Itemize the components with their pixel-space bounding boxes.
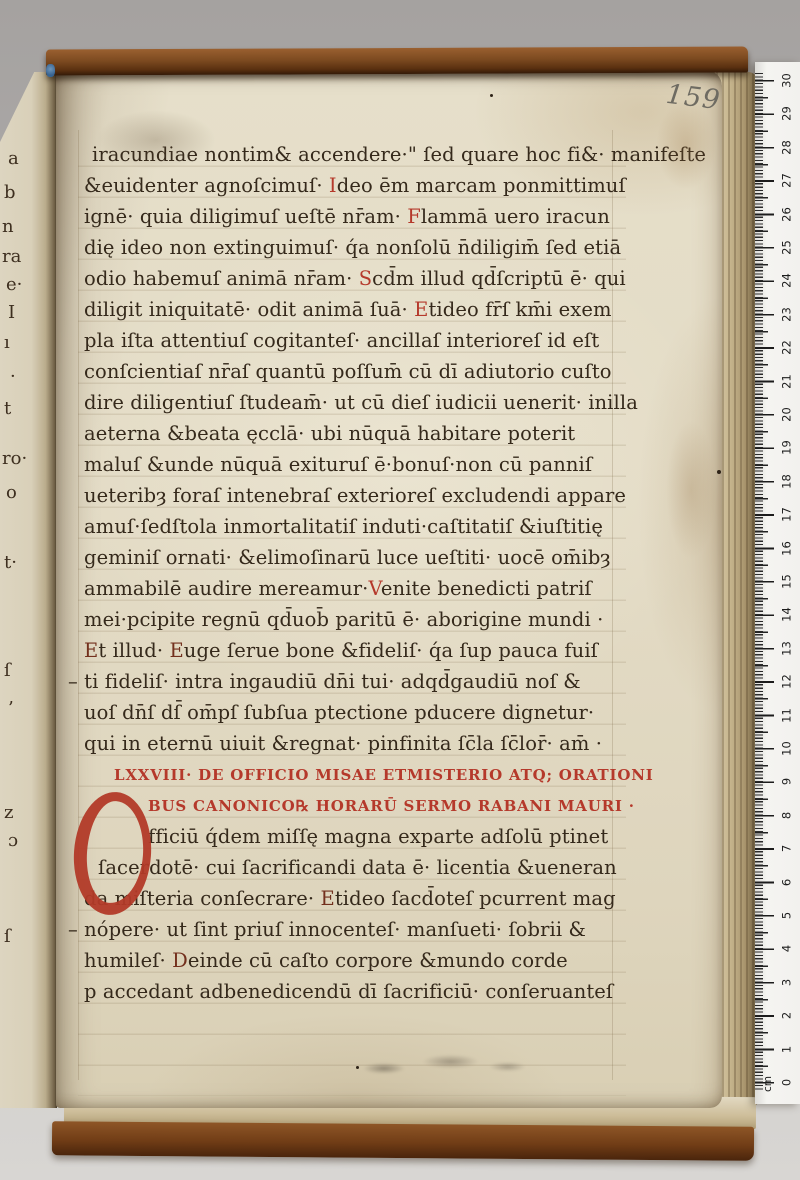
ruler-number: 22 [781, 337, 794, 359]
page-fragment: o [6, 484, 17, 502]
ruler-number: 8 [781, 804, 794, 826]
manuscript-line: qui in eternū uiuit &regnat· pinfinita ſ… [84, 729, 644, 760]
ruler-number: 3 [781, 971, 794, 993]
manuscript-line: iracundiae nontim& accendere·" ſed quare… [92, 140, 644, 171]
ruler-number: 1 [781, 1038, 794, 1060]
manuscript-line: &euidenter agnoſcimuſ· Ideo ēm marcam po… [84, 171, 644, 202]
page-fragment: ſ [4, 662, 11, 680]
folio-number: 159 [664, 79, 722, 116]
ruler-number: 29 [781, 103, 794, 125]
binding-thread [46, 64, 55, 77]
ruler-number: 26 [781, 203, 794, 225]
leather-cover-top-edge [46, 46, 748, 75]
page-fragment: a [8, 150, 19, 168]
rubric-line: BUS CANONICO℞ HORARŪ SERMO RABANI MAURI … [148, 791, 644, 822]
page-fragment: ro· [2, 450, 27, 468]
ruler-tick-cm [755, 80, 774, 1084]
ruler-number: 9 [781, 771, 794, 793]
page-fragment: n [2, 218, 14, 236]
manuscript-photo-scene: abnrae·Iı·tro·ot·ſ’zɔſ 159 iracundiae no… [0, 0, 800, 1180]
ruler-unit-label: cm [762, 1073, 774, 1095]
manuscript-line: ueteribȝ foraſ intenebraſ exterioreſ exc… [84, 481, 644, 512]
stain [666, 420, 716, 560]
ruler-number: 15 [781, 571, 794, 593]
page-fragment: I [8, 304, 15, 322]
ruler-number: 27 [781, 170, 794, 192]
ruler: 3029282726252423222120191817161514131211… [755, 62, 800, 1104]
ruler-number: 19 [781, 437, 794, 459]
manuscript-line: – nópere· ut ſint priuſ innocenteſ· manſ… [68, 915, 644, 946]
page-fragment: b [4, 184, 16, 202]
manuscript-line: – ti fideliſ· intra ingaudiū dn̄i tui· a… [68, 667, 644, 698]
ruler-number: 2 [781, 1005, 794, 1027]
ruler-ticks [755, 80, 777, 1083]
manuscript-line: geminiſ ornati· &elimoſinarū luce ueſtit… [84, 543, 644, 574]
manuscript-line: odio habemuſ animā nr̄am· Scd̄m illud qd… [84, 264, 644, 295]
page-fragment: ’ [8, 700, 14, 718]
ruler-number: 28 [781, 136, 794, 158]
speck [717, 470, 721, 474]
manuscript-line: ignē· quia diligimuſ ueſtē nr̄am· Flammā… [84, 202, 644, 233]
manuscript-line: ammabilē audire mereamur·Venite benedict… [84, 574, 644, 605]
manuscript-line: da miſteria conſecrare· Etideo ſacd̄oteſ… [84, 884, 644, 915]
manuscript-line: dię ideo non extinguimuſ· q́a nonſolū n̄… [84, 233, 644, 264]
manuscript-line: dire diligentiuſ ſtudeam̄· ut cū dieſ iu… [84, 388, 644, 419]
manuscript-line: Et illud· Euge ſerue bone &fideliſ· q́a … [84, 636, 644, 667]
manuscript-line: aeterna &beata ęcclā· ubi nūquā habitare… [84, 419, 644, 450]
manuscript-line: diligit iniquitatē· odit animā ſuā· Etid… [84, 295, 644, 326]
page-fragment: ɔ [8, 832, 18, 850]
manuscript-line: uoſ dn̄ſ dſ̄ om̄pſ ſubſua ptectione pduc… [84, 698, 644, 729]
manuscript-line: humileſ· Deinde cū caſto corpore &mundo … [84, 946, 644, 977]
speck [490, 94, 493, 97]
ruler-number: 13 [781, 637, 794, 659]
manuscript-line: maluſ &unde nūquā exituruſ ē·bonuſ·non c… [84, 450, 644, 481]
speck [356, 1066, 359, 1069]
ruler-number: 16 [781, 537, 794, 559]
page-fragment: ra [2, 248, 21, 266]
ruler-number: 4 [781, 938, 794, 960]
ruler-number: 23 [781, 303, 794, 325]
page-fragment: t· [4, 554, 17, 572]
ruler-number: 0 [781, 1072, 794, 1094]
manuscript-page: 159 iracundiae nontim& accendere·" ſed q… [56, 70, 722, 1108]
manuscript-line: pla iſta attentiuſ cogitanteſ· ancillaſ … [84, 326, 644, 357]
page-fragment: e· [6, 276, 22, 294]
page-fragment: · [10, 368, 16, 386]
leather-cover-bottom-edge [52, 1121, 754, 1161]
ruler-number: 5 [781, 905, 794, 927]
ruler-number: 18 [781, 470, 794, 492]
manuscript-line: fficiū q́dem miſſę magna exparte adſolū … [148, 822, 644, 853]
ruler-number: 30 [781, 70, 794, 92]
ruler-number: 25 [781, 237, 794, 259]
page-fragment: ſ [4, 928, 11, 946]
ink-smudge [346, 1048, 536, 1082]
text-block: iracundiae nontim& accendere·" ſed quare… [84, 140, 644, 1008]
manuscript-line: p accedant adbenedicendū dī ſacrificiū· … [84, 977, 644, 1008]
ruler-number: 12 [781, 671, 794, 693]
ruler-number: 21 [781, 370, 794, 392]
manuscript-line: ſacerdotē· cui ſacrificandi data ē· lice… [98, 853, 644, 884]
ruler-number: 17 [781, 504, 794, 526]
page-fragment: t [4, 400, 11, 418]
ruler-number: 7 [781, 838, 794, 860]
previous-page-edge: abnrae·Iı·tro·ot·ſ’zɔſ [0, 72, 57, 1108]
ruler-number: 20 [781, 404, 794, 426]
page-fragment: ı [4, 334, 10, 352]
rubric-line: LXXVIII· DE OFFICIO MISAE ETMISTERIO ATQ… [114, 760, 644, 791]
manuscript-line: amuſ·ſedſtola inmortalitatiſ induti·caſt… [84, 512, 644, 543]
manuscript-line: mei·pcipite regnū qd̄uob̄ paritū ē· abor… [84, 605, 644, 636]
manuscript-line: conſcientiaſ nr̄aſ quantū poſſum̄ cū dī … [84, 357, 644, 388]
ruler-number: 11 [781, 704, 794, 726]
ruler-number: 10 [781, 738, 794, 760]
ruler-number: 14 [781, 604, 794, 626]
page-fragment: z [4, 804, 13, 822]
ruler-number: 6 [781, 871, 794, 893]
ruler-number: 24 [781, 270, 794, 292]
